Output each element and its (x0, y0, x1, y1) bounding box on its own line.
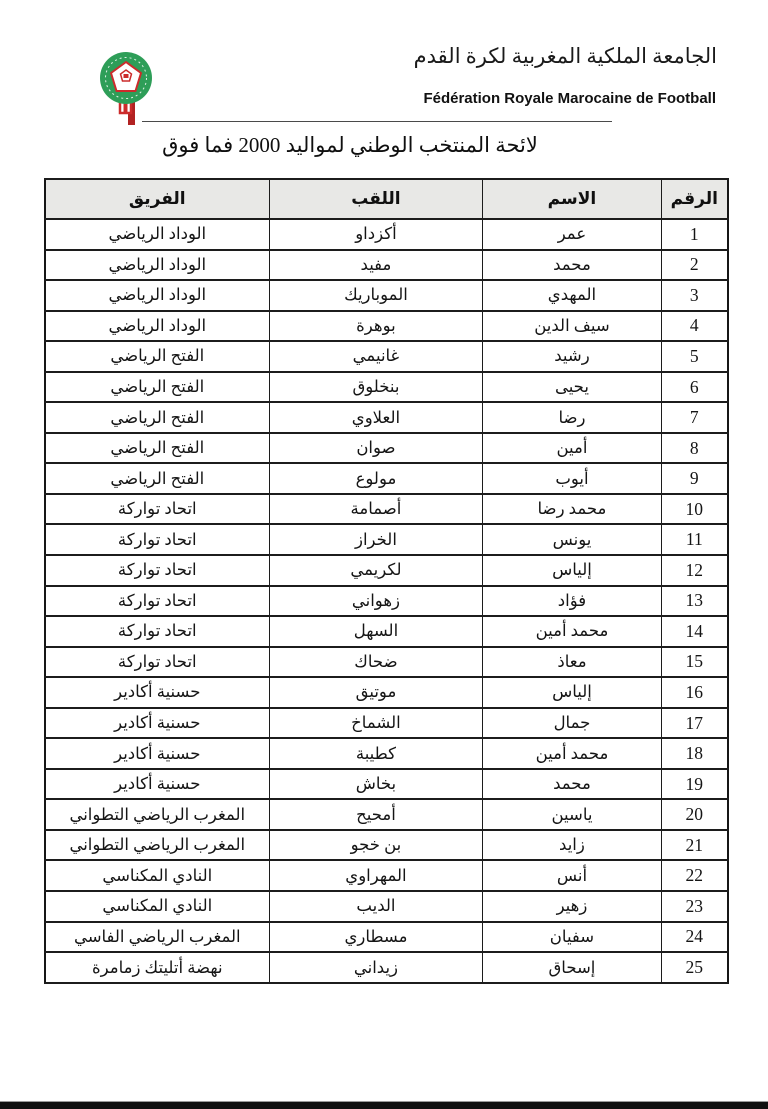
frmf-crest-icon (93, 50, 159, 128)
table-row: 23زهيرالديبالنادي المكناسي (45, 891, 728, 922)
table-row: 21زايدبن خجوالمغرب الرياضي التطواني (45, 830, 728, 861)
table-row: 1عمرأكزداوالوداد الرياضي (45, 219, 728, 250)
cell-num: 15 (661, 647, 728, 678)
table-row: 5رشيدغانيميالفتح الرياضي (45, 341, 728, 372)
cell-team: النادي المكناسي (45, 891, 269, 922)
cell-last: أمحيح (269, 799, 483, 830)
column-header-num: الرقم (661, 179, 728, 219)
cell-num: 6 (661, 372, 728, 403)
table-row: 16إلياسموتيقحسنية أكادير (45, 677, 728, 708)
table-row: 22أنسالمهراويالنادي المكناسي (45, 860, 728, 891)
cell-last: الخراز (269, 524, 483, 555)
table-row: 18محمد أمينكطيبةحسنية أكادير (45, 738, 728, 769)
table-row: 3المهديالموباريكالوداد الرياضي (45, 280, 728, 311)
cell-last: موتيق (269, 677, 483, 708)
cell-first: معاذ (483, 647, 661, 678)
table-row: 17جمالالشماخحسنية أكادير (45, 708, 728, 739)
cell-num: 10 (661, 494, 728, 525)
org-name-french: Fédération Royale Marocaine de Football (423, 90, 716, 107)
cell-first: إلياس (483, 677, 661, 708)
cell-team: اتحاد تواركة (45, 555, 269, 586)
table-row: 25إسحاقزيدانينهضة أتليتك زمامرة (45, 952, 728, 983)
table-row: 7رضاالعلاويالفتح الرياضي (45, 402, 728, 433)
cell-team: المغرب الرياضي التطواني (45, 830, 269, 861)
cell-num: 8 (661, 433, 728, 464)
cell-team: اتحاد تواركة (45, 586, 269, 617)
table-row: 15معاذضحاكاتحاد تواركة (45, 647, 728, 678)
table-row: 10محمد رضاأصمامةاتحاد تواركة (45, 494, 728, 525)
cell-team: الفتح الرياضي (45, 372, 269, 403)
cell-last: الموباريك (269, 280, 483, 311)
cell-last: بخاش (269, 769, 483, 800)
players-table: الرقمالاسماللقبالفريق 1عمرأكزداوالوداد ا… (44, 178, 729, 984)
table-row: 14محمد أمينالسهلاتحاد تواركة (45, 616, 728, 647)
cell-team: النادي المكناسي (45, 860, 269, 891)
cell-last: مسطاري (269, 922, 483, 953)
cell-team: الفتح الرياضي (45, 402, 269, 433)
cell-first: ياسين (483, 799, 661, 830)
cell-first: جمال (483, 708, 661, 739)
cell-first: إسحاق (483, 952, 661, 983)
cell-last: مولوع (269, 463, 483, 494)
cell-last: السهل (269, 616, 483, 647)
cell-last: بوهرة (269, 311, 483, 342)
cell-team: الفتح الرياضي (45, 341, 269, 372)
table-row: 4سيف الدينبوهرةالوداد الرياضي (45, 311, 728, 342)
cell-first: يحيى (483, 372, 661, 403)
cell-num: 4 (661, 311, 728, 342)
cell-last: الديب (269, 891, 483, 922)
cell-team: اتحاد تواركة (45, 616, 269, 647)
cell-first: محمد (483, 250, 661, 281)
cell-num: 12 (661, 555, 728, 586)
cell-first: سيف الدين (483, 311, 661, 342)
cell-team: الفتح الرياضي (45, 433, 269, 464)
cell-num: 16 (661, 677, 728, 708)
cell-num: 7 (661, 402, 728, 433)
cell-first: محمد رضا (483, 494, 661, 525)
cell-first: أمين (483, 433, 661, 464)
cell-num: 23 (661, 891, 728, 922)
cell-last: كطيبة (269, 738, 483, 769)
table-row: 12إلياسلكريمياتحاد تواركة (45, 555, 728, 586)
cell-team: حسنية أكادير (45, 677, 269, 708)
cell-team: نهضة أتليتك زمامرة (45, 952, 269, 983)
cell-num: 18 (661, 738, 728, 769)
cell-last: بن خجو (269, 830, 483, 861)
cell-num: 20 (661, 799, 728, 830)
crest-crown (124, 74, 129, 78)
cell-team: الوداد الرياضي (45, 311, 269, 342)
cell-team: الفتح الرياضي (45, 463, 269, 494)
cell-last: أكزداو (269, 219, 483, 250)
cell-first: سفيان (483, 922, 661, 953)
table-row: 24سفيانمسطاريالمغرب الرياضي الفاسي (45, 922, 728, 953)
cell-last: مفيد (269, 250, 483, 281)
cell-last: غانيمي (269, 341, 483, 372)
cell-first: أنس (483, 860, 661, 891)
cell-first: أيوب (483, 463, 661, 494)
cell-team: المغرب الرياضي التطواني (45, 799, 269, 830)
cell-first: عمر (483, 219, 661, 250)
cell-team: حسنية أكادير (45, 738, 269, 769)
cell-num: 3 (661, 280, 728, 311)
cell-num: 19 (661, 769, 728, 800)
table-row: 6يحيىبنخلوقالفتح الرياضي (45, 372, 728, 403)
cell-first: محمد أمين (483, 616, 661, 647)
cell-team: الوداد الرياضي (45, 219, 269, 250)
cell-num: 2 (661, 250, 728, 281)
cell-num: 9 (661, 463, 728, 494)
cell-last: بنخلوق (269, 372, 483, 403)
column-header-first: الاسم (483, 179, 661, 219)
cell-team: الوداد الرياضي (45, 250, 269, 281)
cell-team: اتحاد تواركة (45, 494, 269, 525)
cell-team: المغرب الرياضي الفاسي (45, 922, 269, 953)
cell-last: صوان (269, 433, 483, 464)
cell-last: المهراوي (269, 860, 483, 891)
cell-num: 24 (661, 922, 728, 953)
cell-team: اتحاد تواركة (45, 647, 269, 678)
cell-team: حسنية أكادير (45, 708, 269, 739)
cell-num: 5 (661, 341, 728, 372)
cell-last: زيداني (269, 952, 483, 983)
cell-first: رضا (483, 402, 661, 433)
players-table-container: الرقمالاسماللقبالفريق 1عمرأكزداوالوداد ا… (44, 178, 729, 984)
table-row: 8أمينصوانالفتح الرياضي (45, 433, 728, 464)
cell-first: فؤاد (483, 586, 661, 617)
cell-num: 1 (661, 219, 728, 250)
cell-num: 11 (661, 524, 728, 555)
cell-first: إلياس (483, 555, 661, 586)
org-name-arabic: الجامعة الملكية المغربية لكرة القدم (414, 44, 717, 69)
table-header-row: الرقمالاسماللقبالفريق (45, 179, 728, 219)
cell-first: محمد أمين (483, 738, 661, 769)
cell-last: لكريمي (269, 555, 483, 586)
table-row: 9أيوبمولوعالفتح الرياضي (45, 463, 728, 494)
cell-last: ضحاك (269, 647, 483, 678)
cell-last: الشماخ (269, 708, 483, 739)
header-divider (142, 121, 612, 122)
cell-first: محمد (483, 769, 661, 800)
scanned-document-page: { "header": { "org_ar": "الجامعة الملكية… (0, 0, 768, 1109)
cell-team: الوداد الرياضي (45, 280, 269, 311)
cell-num: 17 (661, 708, 728, 739)
column-header-last: اللقب (269, 179, 483, 219)
table-row: 19محمدبخاشحسنية أكادير (45, 769, 728, 800)
table-row: 13فؤادزهوانياتحاد تواركة (45, 586, 728, 617)
cell-num: 22 (661, 860, 728, 891)
players-table-body: 1عمرأكزداوالوداد الرياضي2محمدمفيدالوداد … (45, 219, 728, 983)
cell-team: حسنية أكادير (45, 769, 269, 800)
cell-last: زهواني (269, 586, 483, 617)
cell-team: اتحاد تواركة (45, 524, 269, 555)
cell-num: 13 (661, 586, 728, 617)
cell-first: رشيد (483, 341, 661, 372)
cell-num: 14 (661, 616, 728, 647)
cell-last: أصمامة (269, 494, 483, 525)
cell-first: المهدي (483, 280, 661, 311)
cell-last: العلاوي (269, 402, 483, 433)
table-row: 2محمدمفيدالوداد الرياضي (45, 250, 728, 281)
column-header-team: الفريق (45, 179, 269, 219)
cell-first: زهير (483, 891, 661, 922)
document-title: لائحة المنتخب الوطني لمواليد 2000 فما فو… (0, 133, 700, 158)
cell-first: زايد (483, 830, 661, 861)
cell-num: 21 (661, 830, 728, 861)
table-row: 11يونسالخرازاتحاد تواركة (45, 524, 728, 555)
scan-edge-bar (0, 1101, 768, 1109)
cell-first: يونس (483, 524, 661, 555)
cell-num: 25 (661, 952, 728, 983)
table-row: 20ياسينأمحيحالمغرب الرياضي التطواني (45, 799, 728, 830)
